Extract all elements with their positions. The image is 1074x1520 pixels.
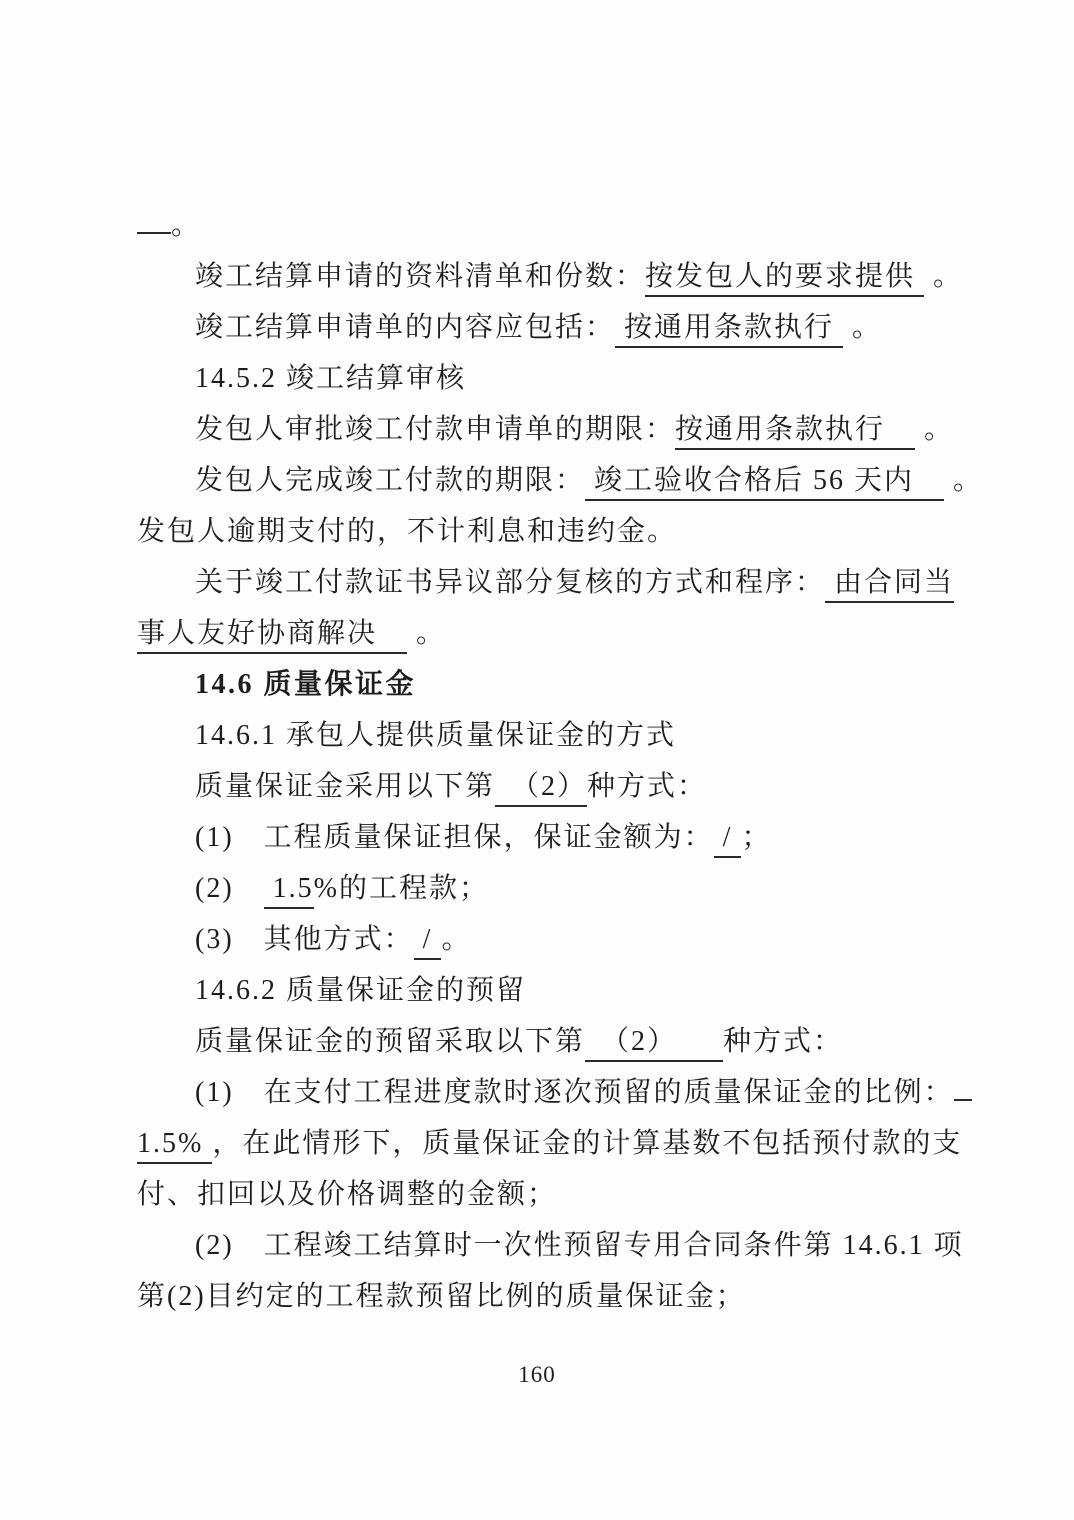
text-line: 质量保证金采用以下第 （2）种方式：: [137, 761, 954, 812]
text-segment: 竣工结算申请的资料清单和份数：: [195, 261, 645, 292]
text-segment: (1) 在支付工程进度款时逐次预留的质量保证金的比例：: [195, 1077, 954, 1108]
text-line: 质量保证金的预留采取以下第 （2） 种方式：: [137, 1016, 954, 1067]
text-line: 14.5.2 竣工结算审核: [137, 353, 954, 404]
text-segment: 。: [944, 465, 983, 496]
text-segment: 14.6.2 质量保证金的预留: [195, 975, 526, 1006]
section-heading: 14.6 质量保证金: [137, 659, 954, 710]
blank-underline: [137, 217, 171, 234]
fill-in-value: （2）: [495, 771, 587, 807]
text-line: 发包人逾期支付的，不计利息和违约金。: [137, 506, 954, 557]
text-segment: 质量保证金采用以下第: [195, 771, 495, 802]
text-segment: (3) 其他方式：: [195, 924, 414, 955]
text-segment: 14.6 质量保证金: [195, 669, 416, 700]
text-line: 1.5% ，在此情形下，质量保证金的计算基数不包括预付款的支: [137, 1118, 954, 1169]
fill-in-value: 按通用条款执行: [675, 414, 915, 450]
text-segment: 。: [441, 924, 471, 955]
page-number: 160: [0, 1362, 1074, 1388]
blank-underline: [954, 1084, 972, 1101]
text-line: 14.6.1 承包人提供质量保证金的方式: [137, 710, 954, 761]
document-body: 。竣工结算申请的资料清单和份数：按发包人的要求提供 。竣工结算申请单的内容应包括…: [137, 200, 954, 1322]
text-segment: 。: [924, 261, 963, 292]
text-segment: 。: [407, 618, 446, 649]
text-line: 发包人审批竣工付款申请单的期限：按通用条款执行 。: [137, 404, 954, 455]
fill-in-value: /: [714, 822, 742, 858]
text-segment: ，在此情形下，质量保证金的计算基数不包括预付款的支: [212, 1128, 962, 1159]
text-segment: ；: [741, 822, 771, 853]
text-segment: 种方式：: [723, 1026, 843, 1057]
text-segment: %的工程款；: [314, 873, 489, 904]
text-line: (2) 工程竣工结算时一次性预留专用合同条件第 14.6.1 项: [137, 1220, 954, 1271]
text-line: 。: [137, 200, 954, 251]
text-line: 竣工结算申请的资料清单和份数：按发包人的要求提供 。: [137, 251, 954, 302]
text-segment: 关于竣工付款证书异议部分复核的方式和程序：: [195, 567, 825, 598]
text-segment: 。: [915, 414, 954, 445]
text-line: (1) 在支付工程进度款时逐次预留的质量保证金的比例：: [137, 1067, 954, 1118]
text-line: 第(2)目约定的工程款预留比例的质量保证金；: [137, 1271, 954, 1322]
fill-in-value: 竣工验收合格后 56 天内: [585, 465, 944, 501]
text-line: 竣工结算申请单的内容应包括： 按通用条款执行 。: [137, 302, 954, 353]
fill-in-value: 1.5: [264, 873, 314, 909]
fill-in-value: /: [414, 924, 442, 960]
text-segment: 付、扣回以及价格调整的金额；: [137, 1179, 557, 1210]
fill-in-value: 由合同当: [825, 567, 954, 603]
text-line: 付、扣回以及价格调整的金额；: [137, 1169, 954, 1220]
text-segment: (2) 工程竣工结算时一次性预留专用合同条件第 14.6.1 项: [195, 1230, 964, 1261]
text-segment: 发包人审批竣工付款申请单的期限：: [195, 414, 675, 445]
text-line: (3) 其他方式： / 。: [137, 914, 954, 965]
text-segment: 。: [171, 210, 201, 241]
text-segment: 14.6.1 承包人提供质量保证金的方式: [195, 720, 676, 751]
text-segment: 质量保证金的预留采取以下第: [195, 1026, 585, 1057]
text-segment: (2): [195, 873, 264, 904]
text-segment: 发包人完成竣工付款的期限：: [195, 465, 585, 496]
fill-in-value: 事人友好协商解决: [137, 618, 407, 654]
text-segment: 。: [843, 312, 882, 343]
text-line: (1) 工程质量保证担保，保证金额为： / ；: [137, 812, 954, 863]
text-line: 发包人完成竣工付款的期限： 竣工验收合格后 56 天内 。: [137, 455, 954, 506]
fill-in-value: 按发包人的要求提供: [645, 261, 924, 297]
document-page: 。竣工结算申请的资料清单和份数：按发包人的要求提供 。竣工结算申请单的内容应包括…: [0, 0, 1074, 1520]
text-line: 14.6.2 质量保证金的预留: [137, 965, 954, 1016]
text-segment: 14.5.2 竣工结算审核: [195, 363, 466, 394]
text-segment: 竣工结算申请单的内容应包括：: [195, 312, 615, 343]
fill-in-value: 1.5%: [137, 1128, 212, 1164]
text-segment: 种方式：: [587, 771, 707, 802]
text-segment: 发包人逾期支付的，不计利息和违约金。: [137, 516, 677, 547]
fill-in-value: （2）: [585, 1026, 723, 1062]
text-line: 关于竣工付款证书异议部分复核的方式和程序： 由合同当: [137, 557, 954, 608]
text-segment: 第(2)目约定的工程款预留比例的质量保证金；: [137, 1281, 746, 1312]
text-line: 事人友好协商解决 。: [137, 608, 954, 659]
fill-in-value: 按通用条款执行: [615, 312, 843, 348]
text-line: (2) 1.5%的工程款；: [137, 863, 954, 914]
text-segment: (1) 工程质量保证担保，保证金额为：: [195, 822, 714, 853]
